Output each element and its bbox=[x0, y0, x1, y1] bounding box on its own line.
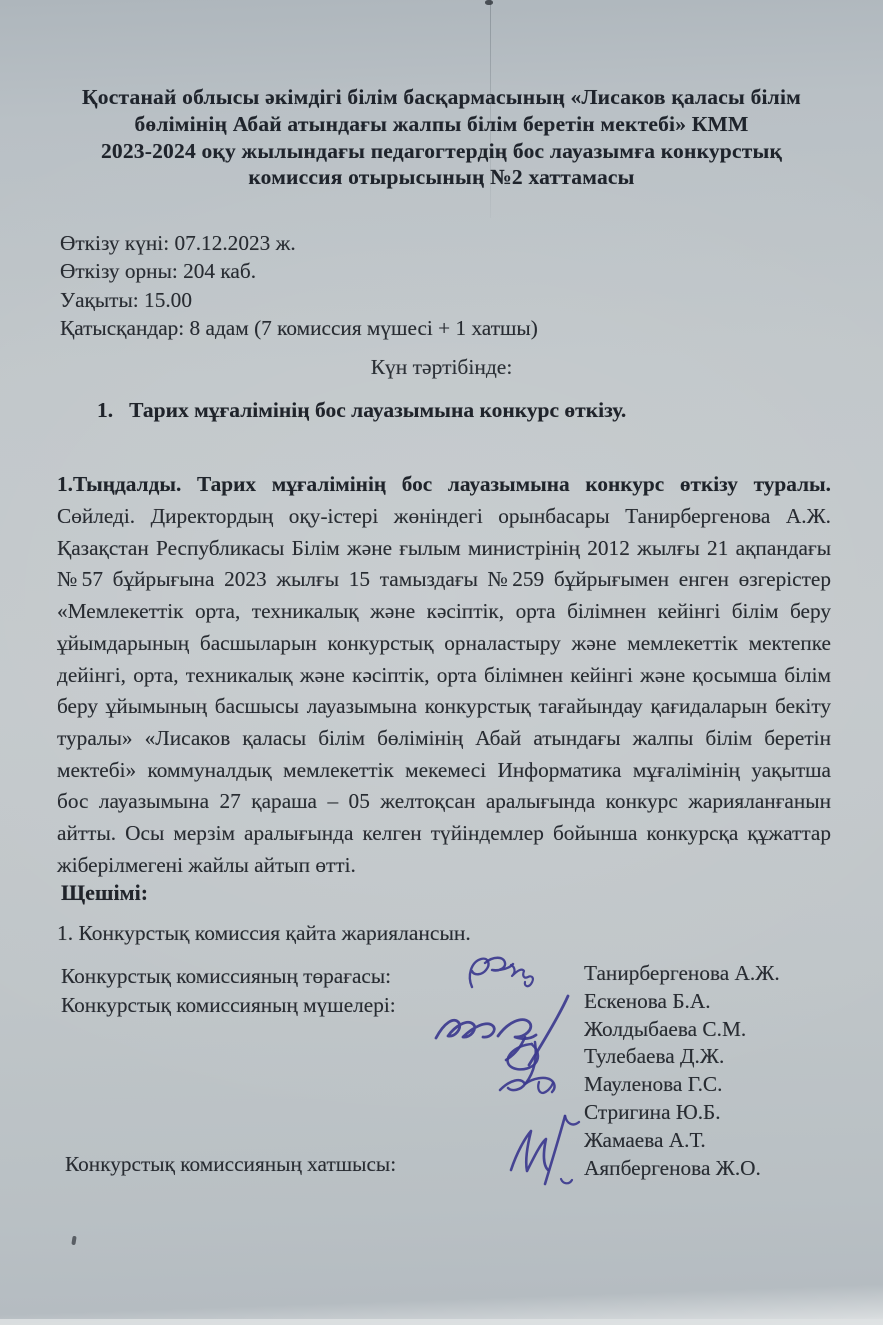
agenda-item: 1. Тарих мұғалімінің бос лауазымына конк… bbox=[97, 398, 626, 423]
agenda-heading: Күн тәртібінде: bbox=[0, 355, 883, 380]
signature-names: Танирбергенова А.Ж. Ескенова Б.А. Жолдыб… bbox=[584, 960, 780, 1182]
signature-name: Жамаева А.Т. bbox=[584, 1127, 780, 1155]
ink-speck-top bbox=[485, 0, 493, 5]
decision-item: 1. Конкурстық комиссия қайта жариялансын… bbox=[57, 921, 471, 946]
signature-name: Мауленова Г.С. bbox=[584, 1071, 780, 1099]
signature-name: Стригина Ю.Б. bbox=[584, 1099, 780, 1127]
title-line-1: Қостанай облысы әкімдігі білім басқармас… bbox=[40, 84, 843, 111]
meta-date: Өткізу күні: 07.12.2023 ж. bbox=[60, 229, 538, 257]
title-line-2: бөлімінің Абай атындағы жалпы білім бере… bbox=[40, 111, 843, 138]
signature-name: Жолдыбаева С.М. bbox=[584, 1016, 780, 1044]
meta-attendees: Қатысқандар: 8 адам (7 комиссия мүшесі +… bbox=[60, 314, 538, 342]
decision-heading: Щешімі: bbox=[61, 880, 148, 906]
members-signature-ink bbox=[428, 992, 583, 1070]
chairman-signature-ink bbox=[458, 952, 538, 998]
meta-place: Өткізу орны: 204 каб. bbox=[60, 257, 538, 285]
body-paragraph: 1.Тыңдалды. Тарих мұғалімінің бос лауазы… bbox=[57, 469, 831, 881]
title-line-3: 2023-2024 оқу жылындағы педагогтердің бо… bbox=[40, 138, 843, 165]
signature-name: Тулебаева Д.Ж. bbox=[584, 1043, 780, 1071]
signature-name: Ескенова Б.А. bbox=[584, 988, 780, 1016]
members-signature-ink-2 bbox=[494, 1038, 579, 1100]
meta-time: Уақыты: 15.00 bbox=[60, 286, 538, 314]
ink-speck-bottom bbox=[71, 1236, 76, 1246]
signature-label-members: Конкурстық комиссияның мүшелері: bbox=[61, 993, 396, 1018]
document-title: Қостанай облысы әкімдігі білім басқармас… bbox=[40, 84, 843, 191]
agenda-item-number: 1. bbox=[97, 398, 113, 423]
title-line-4: комиссия отырысының №2 хаттамасы bbox=[40, 164, 843, 191]
document-page: Қостанай облысы әкімдігі білім басқармас… bbox=[0, 0, 883, 1325]
meeting-meta: Өткізу күні: 07.12.2023 ж. Өткізу орны: … bbox=[60, 229, 538, 343]
signature-label-chairman: Конкурстық комиссияның төрағасы: bbox=[61, 964, 391, 989]
signature-name: Танирбергенова А.Ж. bbox=[584, 960, 780, 988]
signature-label-secretary: Конкурстық комиссияның хатшысы: bbox=[65, 1152, 396, 1177]
secretary-signature-ink bbox=[503, 1112, 588, 1187]
signature-name: Аяпбергенова Ж.О. bbox=[584, 1155, 780, 1183]
page-bottom-edge bbox=[0, 1319, 883, 1325]
body-lead-bold: 1.Тыңдалды. Тарих мұғалімінің бос лауазы… bbox=[57, 472, 831, 496]
body-text: Сөйледі. Директордың оқу-істері жөніндег… bbox=[57, 504, 831, 877]
agenda-item-text: Тарих мұғалімінің бос лауазымына конкурс… bbox=[129, 398, 626, 423]
